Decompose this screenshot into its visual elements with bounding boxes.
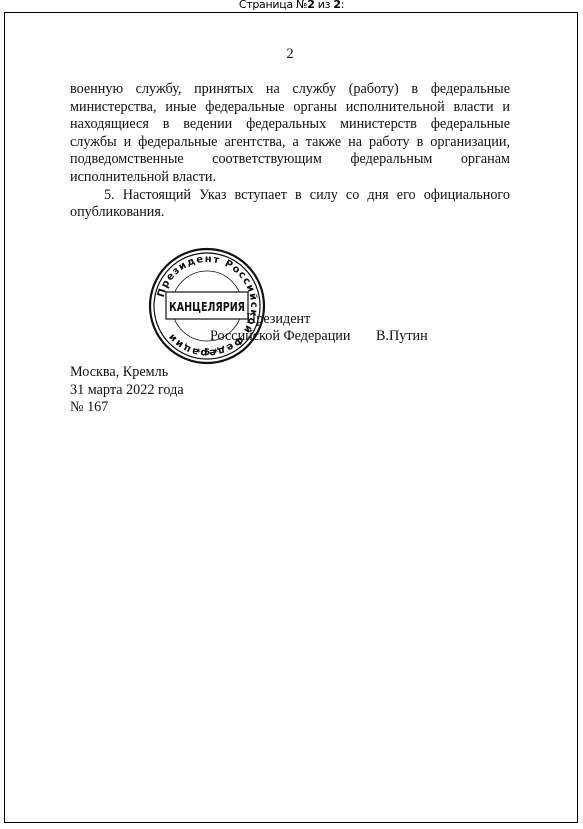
page-indicator-suffix: : [341,0,344,11]
page-indicator: Страница №2 из 2: [0,0,583,11]
document-body: 2 военную службу, принятых на службу (ра… [70,40,510,222]
document-text: военную службу, принятых на службу (рабо… [70,81,510,222]
stamp-seal-icon: Президент Российской Федерации КАНЦЕЛЯРИ… [147,247,267,365]
signature-title-line1: Президент [246,311,310,329]
text-line: военную службу, принятых на службу (рабо… [70,81,510,99]
text-line: исполнительной власти. [70,169,510,187]
text-line: 5. Настоящий Указ вступает в силу со дня… [70,187,510,205]
page-indicator-prefix: Страница № [239,0,307,11]
document-footer: Москва, Кремль 31 марта 2022 года № 167 [70,364,184,417]
document-place: Москва, Кремль [70,364,184,382]
signature-name: В.Путин [376,328,428,346]
document-date: 31 марта 2022 года [70,382,184,400]
official-stamp: Президент Российской Федерации КАНЦЕЛЯРИ… [147,247,267,365]
text-line: находящиеся в ведении федеральных минист… [70,116,510,134]
text-line: службы и федеральные агентства, а также … [70,134,510,152]
stamp-bottom-text: * 5 * [196,348,218,358]
text-line: подведомственные соответствующим федерал… [70,151,510,169]
page-indicator-middle: из [315,0,334,11]
total-pages-number: 2 [333,0,340,11]
document-number: № 167 [70,399,184,417]
current-page-number: 2 [307,0,314,11]
text-line: опубликования. [70,204,510,222]
document-page-number: 2 [70,46,510,64]
stamp-center-text: КАНЦЕЛЯРИЯ [169,299,245,314]
text-line: министерства, иные федеральные органы ис… [70,99,510,117]
signature-title-line2: Российской Федерации [210,328,350,346]
